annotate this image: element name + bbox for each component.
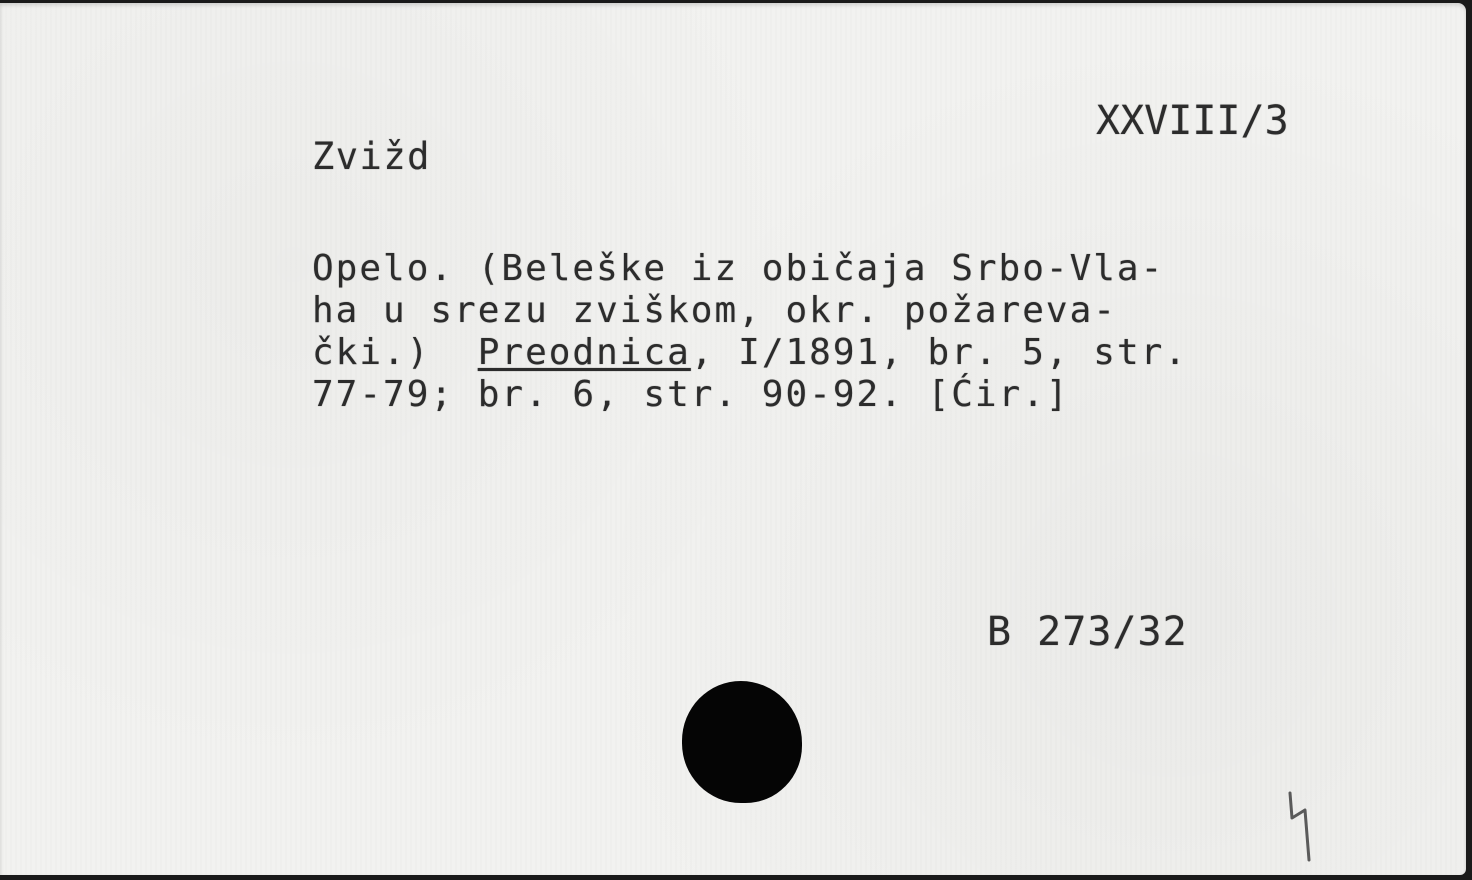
shelfmark: B 273/32 [987, 609, 1188, 655]
bibliographic-entry: Opelo. (Beleške iz običaja Srbo-Vla- ha … [312, 248, 1188, 416]
entry-line-1: Opelo. (Beleške iz običaja Srbo-Vla- [312, 248, 1164, 289]
handwritten-mark-icon [1285, 788, 1325, 868]
entry-line-2: ha u srezu zviškom, okr. požareva- [312, 290, 1117, 331]
subject-heading: Zvižd [312, 135, 431, 178]
entry-line-4: 77-79; br. 6, str. 90-92. [Ćir.] [312, 374, 1070, 415]
entry-line-3-rest: , I/1891, br. 5, str. [691, 332, 1188, 373]
punch-hole-icon [682, 681, 802, 803]
entry-line-3-prefix: čki.) [312, 332, 430, 373]
catalog-card: Zvižd XXVIII/3 Opelo. (Beleške iz običaj… [0, 3, 1466, 875]
periodical-title: Preodnica [478, 332, 691, 373]
call-number: XXVIII/3 [1096, 98, 1289, 144]
